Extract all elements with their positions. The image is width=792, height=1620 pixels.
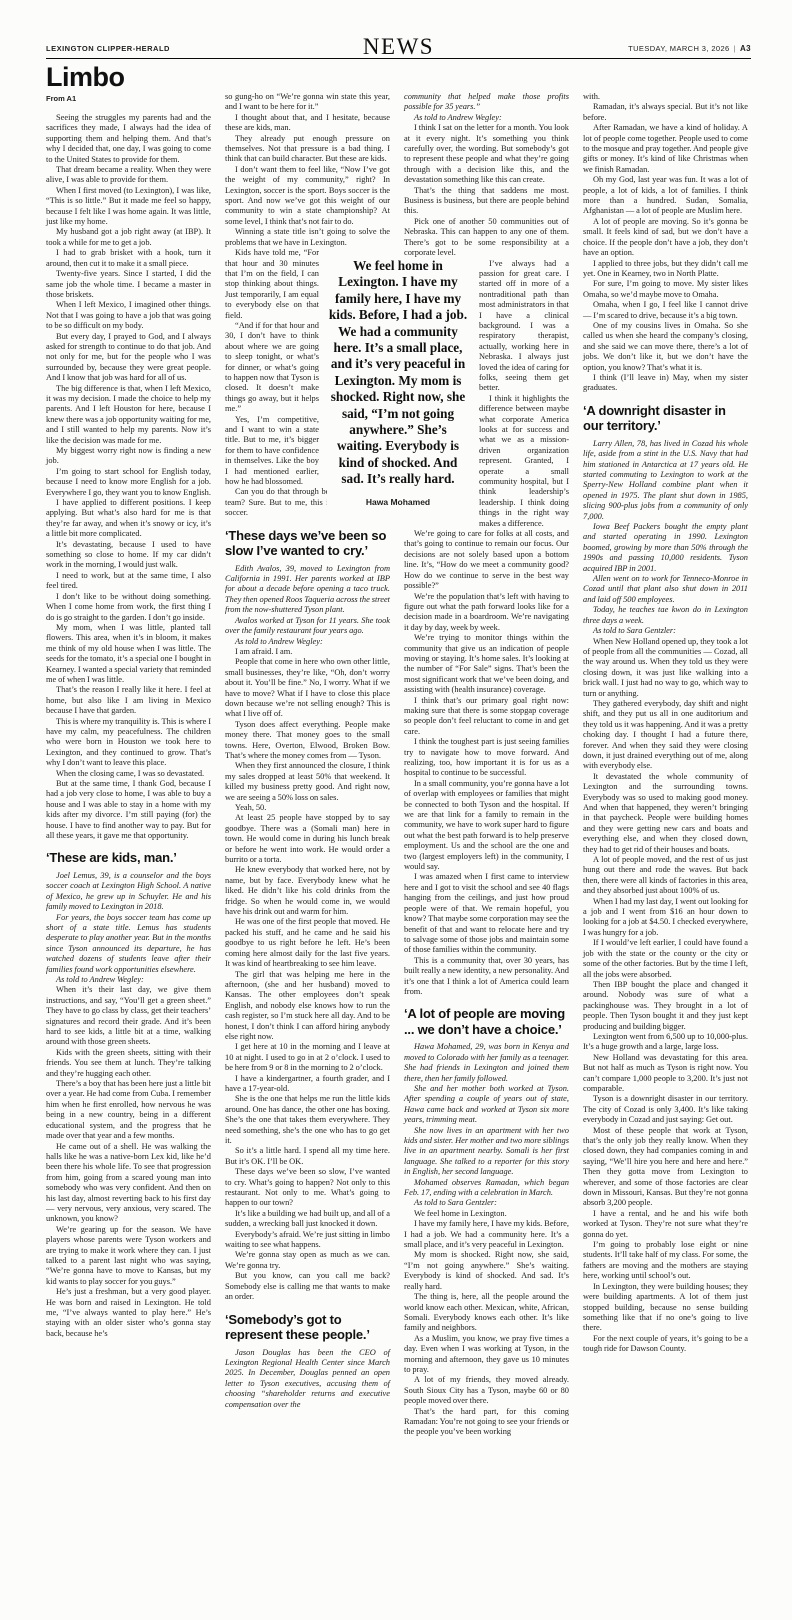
body-paragraph: I get here at 10 in the morning and I le…	[225, 1042, 390, 1073]
body-paragraph: When it’s their last day, we give them i…	[46, 985, 211, 1047]
body-paragraph: When I had my last day, I went out looki…	[583, 897, 748, 939]
body-paragraph: The girl that was helping me here in the…	[225, 970, 390, 1043]
section-subhead: ‘A downright disaster in our territory.’	[583, 403, 748, 434]
body-paragraph: We’re the population that’s left with ha…	[404, 592, 569, 634]
intro-paragraph: Iowa Beef Packers bought the empty plant…	[583, 522, 748, 574]
body-paragraph: When they first announced the closure, I…	[225, 761, 390, 803]
intro-paragraph: As told to Sara Gentzler:	[583, 626, 748, 636]
body-paragraph: I don’t want them to feel like, “Now I’v…	[225, 165, 390, 227]
masthead-section-title: NEWS	[363, 34, 434, 60]
pull-quote: We feel home in Lexington. I have my fam…	[327, 258, 469, 507]
body-paragraph: I think I sat on the letter for a month.…	[404, 123, 569, 185]
body-paragraph: My husband got a job right away (at IBP)…	[46, 227, 211, 248]
body-paragraph: Yes, I’m competitive, and I want to win …	[225, 415, 319, 488]
body-paragraph: He was one of the first people that move…	[225, 917, 390, 969]
intro-paragraph: Allen went on to work for Tenneco-Monroe…	[583, 574, 748, 605]
body-paragraph: Then IBP bought the place and changed it…	[583, 980, 748, 1032]
section-subhead: ‘These days we’ve been so slow I’ve want…	[225, 528, 390, 559]
body-paragraph: My mom, when I was little, planted tall …	[46, 623, 211, 685]
body-paragraph: I think (I’ll leave in) May, when my sis…	[583, 373, 748, 394]
body-paragraph: Pick one of another 50 communities out o…	[404, 217, 569, 259]
body-paragraph: with.	[583, 92, 748, 102]
body-paragraph: For sure, I’m going to move. My sister l…	[583, 279, 748, 300]
section-subhead: ‘A lot of people are moving ... we don’t…	[404, 1006, 569, 1037]
intro-paragraph: Hawa Mohamed, 29, was born in Kenya and …	[404, 1042, 569, 1084]
body-paragraph: Tyson does affect everything. People mak…	[225, 720, 390, 762]
newspaper-page: LEXINGTON CLIPPER-HERALD NEWS TUESDAY, M…	[0, 0, 792, 1620]
body-paragraph: In a small community, you’re gonna have …	[404, 779, 569, 873]
body-paragraph: He came out of a shell. He was walking t…	[46, 1142, 211, 1225]
intro-paragraph: community that helped make those profits…	[404, 92, 569, 113]
masthead-paper-name: LEXINGTON CLIPPER-HERALD	[46, 44, 170, 53]
section-subhead: ‘Somebody’s got to represent these peopl…	[225, 1312, 390, 1343]
body-paragraph: They gathered everybody, day shift and n…	[583, 699, 748, 772]
body-paragraph: Lexington went from 6,500 up to 10,000-p…	[583, 1032, 748, 1053]
body-paragraph: When New Holland opened up, they took a …	[583, 637, 748, 699]
body-paragraph: I am afraid. I am.	[225, 647, 390, 657]
body-paragraph: We’re gonna stay open as much as we can.…	[225, 1250, 390, 1271]
masthead-page-number: A3	[740, 44, 751, 53]
body-paragraph: But you know, can you call me back? Some…	[225, 1271, 390, 1302]
body-paragraph: For the next couple of years, it’s going…	[583, 1334, 748, 1355]
body-paragraph: After Ramadan, we have a kind of holiday…	[583, 123, 748, 175]
body-paragraph: “And if for that hour and 30, I don’t ha…	[225, 321, 319, 415]
body-paragraph: A lot of people moved, and the rest of u…	[583, 855, 748, 897]
intro-paragraph: For years, the boys soccer team has come…	[46, 913, 211, 975]
body-paragraph: This is a community that, over 30 years,…	[404, 956, 569, 998]
body-paragraph: One of my cousins lives in Omaha. So she…	[583, 321, 748, 373]
body-paragraph: So it’s a little hard. I spend all my ti…	[225, 1146, 390, 1167]
pull-quote-text: We feel home in Lexington. I have my fam…	[327, 258, 469, 488]
body-paragraph: It devastated the whole community of Lex…	[583, 772, 748, 855]
masthead-rule	[46, 58, 751, 59]
body-paragraph: The big difference is that, when I left …	[46, 384, 211, 446]
masthead-date: TUESDAY, MARCH 3, 2026	[628, 44, 729, 53]
intro-paragraph: Larry Allen, 78, has lived in Cozad his …	[583, 439, 748, 522]
intro-paragraph: As told to Andrew Wegley:	[46, 975, 211, 985]
body-paragraph: I need to work, but at the same time, I …	[46, 571, 211, 592]
body-paragraph: It’s like a building we had built up, an…	[225, 1209, 390, 1230]
body-paragraph: The thing is, here, all the people aroun…	[404, 1292, 569, 1334]
body-paragraph: We’re gearing up for the season. We have…	[46, 1225, 211, 1287]
body-paragraph: It’s devastating, because I used to have…	[46, 540, 211, 571]
body-paragraph: When the closing came, I was so devastat…	[46, 769, 211, 779]
intro-paragraph: Today, he teaches tae kwon do in Lexingt…	[583, 605, 748, 626]
body-paragraph: They already put enough pressure on them…	[225, 134, 390, 165]
body-paragraph: My mom is shocked. Right now, she said, …	[404, 1250, 569, 1292]
body-paragraph: so gung-ho on “We’re gonna win state thi…	[225, 92, 390, 113]
masthead: LEXINGTON CLIPPER-HERALD NEWS TUESDAY, M…	[46, 40, 751, 58]
body-paragraph: That’s the thing that saddens me most. B…	[404, 186, 569, 217]
body-paragraph: I thought about that, and I hesitate, be…	[225, 113, 390, 134]
body-paragraph: My biggest worry right now is finding a …	[46, 446, 211, 467]
body-paragraph: She is the one that helps me run the lit…	[225, 1094, 390, 1146]
body-paragraph: I’ve always had a passion for great care…	[479, 259, 569, 394]
intro-paragraph: Mohamed observes Ramadan, which began Fe…	[404, 1178, 569, 1199]
body-paragraph: In Lexington, they were building houses;…	[583, 1282, 748, 1334]
body-paragraph: Everybody’s afraid. We’re just sitting i…	[225, 1230, 390, 1251]
body-paragraph: New Holland was devastating for this are…	[583, 1053, 748, 1095]
section-subhead: ‘These are kids, man.’	[46, 850, 211, 866]
body-paragraph: Yeah, 50.	[225, 803, 390, 813]
body-paragraph: When I left Mexico, I imagined other thi…	[46, 300, 211, 331]
body-paragraph: Winning a state title isn’t going to sol…	[225, 227, 390, 248]
intro-paragraph: Avalos worked at Tyson for 11 years. She…	[225, 616, 390, 637]
body-paragraph: A lot of my friends, they moved already.…	[404, 1375, 569, 1406]
body-paragraph: He’s just a freshman, but a very good pl…	[46, 1287, 211, 1339]
body-paragraph: But at the same time, I thank God, becau…	[46, 779, 211, 841]
column-1: Seeing the struggles my parents had and …	[46, 92, 211, 1339]
body-paragraph: These days we’ve been so slow, I’ve want…	[225, 1167, 390, 1209]
body-paragraph: I think the toughest part is just seeing…	[404, 737, 569, 779]
body-paragraph: Ramadan, it’s always special. But it’s n…	[583, 102, 748, 123]
body-paragraph: There’s a boy that has been here just a …	[46, 1079, 211, 1141]
body-paragraph: Most of these people that work at Tyson,…	[583, 1126, 748, 1209]
body-paragraph: I think that’s our primary goal right no…	[404, 696, 569, 738]
body-paragraph: Twenty-five years. Since I started, I di…	[46, 269, 211, 300]
body-paragraph: I’m going to probably lose eight or nine…	[583, 1240, 748, 1282]
intro-paragraph: As told to Andrew Wegley:	[404, 113, 569, 123]
body-paragraph: I’m going to start school for English to…	[46, 467, 211, 498]
body-paragraph: Omaha, when I go, I feel like I cannot d…	[583, 300, 748, 321]
body-paragraph: As a Muslim, you know, we pray five time…	[404, 1334, 569, 1376]
body-paragraph: That’s the hard part, for this coming Ra…	[404, 1407, 569, 1438]
body-paragraph: He knew everybody that worked here, not …	[225, 865, 390, 917]
body-paragraph: We feel home in Lexington.	[404, 1209, 569, 1219]
body-paragraph: Kids with the green sheets, sitting with…	[46, 1048, 211, 1079]
body-paragraph: We’re going to care for folks at all cos…	[404, 529, 569, 591]
intro-paragraph: Jason Douglas has been the CEO of Lexing…	[225, 1348, 390, 1410]
body-paragraph: I don’t like to be without doing somethi…	[46, 592, 211, 623]
body-paragraph: I have my family here, I have my kids. B…	[404, 1219, 569, 1250]
intro-paragraph: As told to Sara Gentzler:	[404, 1198, 569, 1208]
body-paragraph: This is where my tranquility is. This is…	[46, 717, 211, 769]
body-paragraph: I was amazed when I first came to interv…	[404, 872, 569, 955]
masthead-dateline: TUESDAY, MARCH 3, 2026|A3	[628, 44, 751, 53]
body-paragraph: Kids have told me, “For that hour and 30…	[225, 248, 319, 321]
intro-paragraph: As told to Andrew Wegley:	[225, 637, 390, 647]
body-paragraph: But every day, I prayed to God, and I al…	[46, 332, 211, 384]
body-paragraph: If I would’ve left earlier, I could have…	[583, 938, 748, 980]
body-paragraph: Oh my God, last year was fun. It was a l…	[583, 175, 748, 217]
intro-paragraph: She and her mother both worked at Tyson.…	[404, 1084, 569, 1126]
article-headline: Limbo	[46, 64, 125, 91]
body-paragraph: I had to grab brisket with a hook, turn …	[46, 248, 211, 269]
masthead-divider: |	[734, 44, 736, 53]
body-paragraph: At least 25 people have stopped by to sa…	[225, 813, 390, 865]
column-4: with.Ramadan, it’s always special. But i…	[583, 92, 748, 1355]
body-paragraph: We’re trying to monitor things within th…	[404, 633, 569, 695]
body-paragraph: People that come in here who own other l…	[225, 657, 390, 719]
intro-paragraph: She now lives in an apartment with her t…	[404, 1126, 569, 1178]
body-paragraph: I applied to three jobs, but they didn’t…	[583, 259, 748, 280]
body-paragraph: Seeing the struggles my parents had and …	[46, 113, 211, 165]
body-paragraph: That dream became a reality. When they w…	[46, 165, 211, 186]
body-paragraph: Tyson is a downright disaster in our ter…	[583, 1094, 748, 1125]
intro-paragraph: Joel Lemus, 39, is a counselor and the b…	[46, 871, 211, 913]
body-paragraph: I think it highlights the difference bet…	[479, 394, 569, 529]
body-paragraph: A lot of people are moving. So it’s gonn…	[583, 217, 748, 259]
intro-paragraph: Edith Avalos, 39, moved to Lexington fro…	[225, 564, 390, 616]
body-paragraph: I have a rental, and he and his wife bot…	[583, 1209, 748, 1240]
body-paragraph: I have a kindergartner, a fourth grader,…	[225, 1074, 390, 1095]
body-paragraph: When I first moved (to Lexington), I was…	[46, 186, 211, 228]
pull-quote-attribution: Hawa Mohamed	[327, 497, 469, 507]
body-paragraph: That’s the reason I really like it here.…	[46, 685, 211, 716]
body-paragraph: I have applied to different positions. I…	[46, 498, 211, 540]
